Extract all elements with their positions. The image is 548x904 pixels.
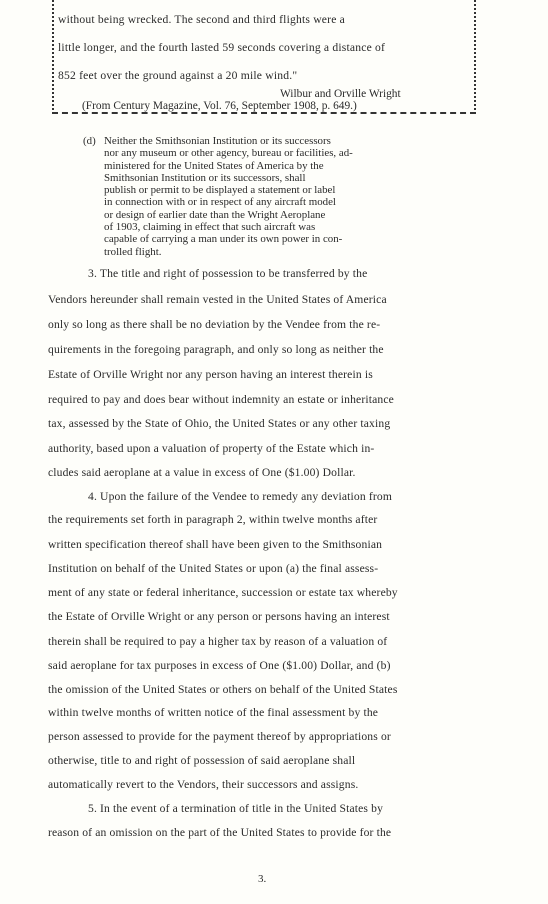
paragraph-3-line: Vendors hereunder shall remain vested in…	[48, 293, 387, 306]
paragraph-3-line: 3. The title and right of possession to …	[88, 267, 367, 280]
document-page: without being wrecked. The second and th…	[0, 0, 548, 904]
clause-d-line: in connection with or in respect of any …	[104, 196, 483, 208]
paragraph-4-line: 4. Upon the failure of the Vendee to rem…	[88, 490, 392, 503]
paragraph-3-line: Estate of Orville Wright nor any person …	[48, 368, 373, 381]
paragraph-5-line: reason of an omission on the part of the…	[48, 826, 391, 839]
clause-d-line: publish or permit to be displayed a stat…	[104, 184, 483, 196]
paragraph-4-line: within twelve months of written notice o…	[48, 706, 378, 719]
paragraph-3-line: required to pay and does bear without in…	[48, 393, 394, 406]
clause-d-line: nor any museum or other agency, bureau o…	[104, 147, 483, 159]
paragraph-5-line: 5. In the event of a termination of titl…	[88, 802, 383, 815]
clause-d-line: or design of earlier date than the Wrigh…	[104, 209, 483, 221]
paragraph-4-line: person assessed to provide for the payme…	[48, 730, 391, 743]
quote-line: without being wrecked. The second and th…	[58, 13, 345, 26]
clause-d: (d) Neither the Smithsonian Institution …	[83, 135, 483, 258]
paragraph-4-line: automatically revert to the Vendors, the…	[48, 778, 358, 791]
paragraph-3-line: authority, based upon a valuation of pro…	[48, 442, 374, 455]
paragraph-3-line: quirements in the foregoing paragraph, a…	[48, 343, 384, 356]
clause-d-label: (d)	[83, 135, 96, 147]
paragraph-4-line: the Estate of Orville Wright or any pers…	[48, 610, 390, 623]
quote-line: little longer, and the fourth lasted 59 …	[58, 41, 385, 54]
paragraph-4-line: otherwise, title to and right of possess…	[48, 754, 355, 767]
page-number: 3.	[258, 873, 266, 885]
paragraph-4-line: therein shall be required to pay a highe…	[48, 635, 387, 648]
paragraph-3-line: tax, assessed by the State of Ohio, the …	[48, 417, 390, 430]
paragraph-4-line: written specification thereof shall have…	[48, 538, 382, 551]
paragraph-4-line: Institution on behalf of the United Stat…	[48, 562, 378, 575]
quote-line: 852 feet over the ground against a 20 mi…	[58, 69, 297, 82]
clause-d-line: trolled flight.	[104, 246, 483, 258]
paragraph-4-line: the requirements set forth in paragraph …	[48, 513, 377, 526]
clause-d-line: ministered for the United States of Amer…	[104, 160, 483, 172]
quote-citation: (From Century Magazine, Vol. 76, Septemb…	[82, 100, 357, 112]
clause-d-line: Neither the Smithsonian Institution or i…	[104, 135, 483, 147]
paragraph-3-line: only so long as there shall be no deviat…	[48, 318, 380, 331]
clause-d-line: Smithsonian Institution or its successor…	[104, 172, 483, 184]
clause-d-line: of 1903, claiming in effect that such ai…	[104, 221, 483, 233]
paragraph-4-line: said aeroplane for tax purposes in exces…	[48, 659, 391, 672]
quote-signature: Wilbur and Orville Wright	[280, 88, 401, 100]
paragraph-3-line: cludes said aeroplane at a value in exce…	[48, 466, 356, 479]
clause-d-line: capable of carrying a man under its own …	[104, 233, 483, 245]
paragraph-4-line: the omission of the United States or oth…	[48, 683, 398, 696]
paragraph-4-line: ment of any state or federal inheritance…	[48, 586, 398, 599]
